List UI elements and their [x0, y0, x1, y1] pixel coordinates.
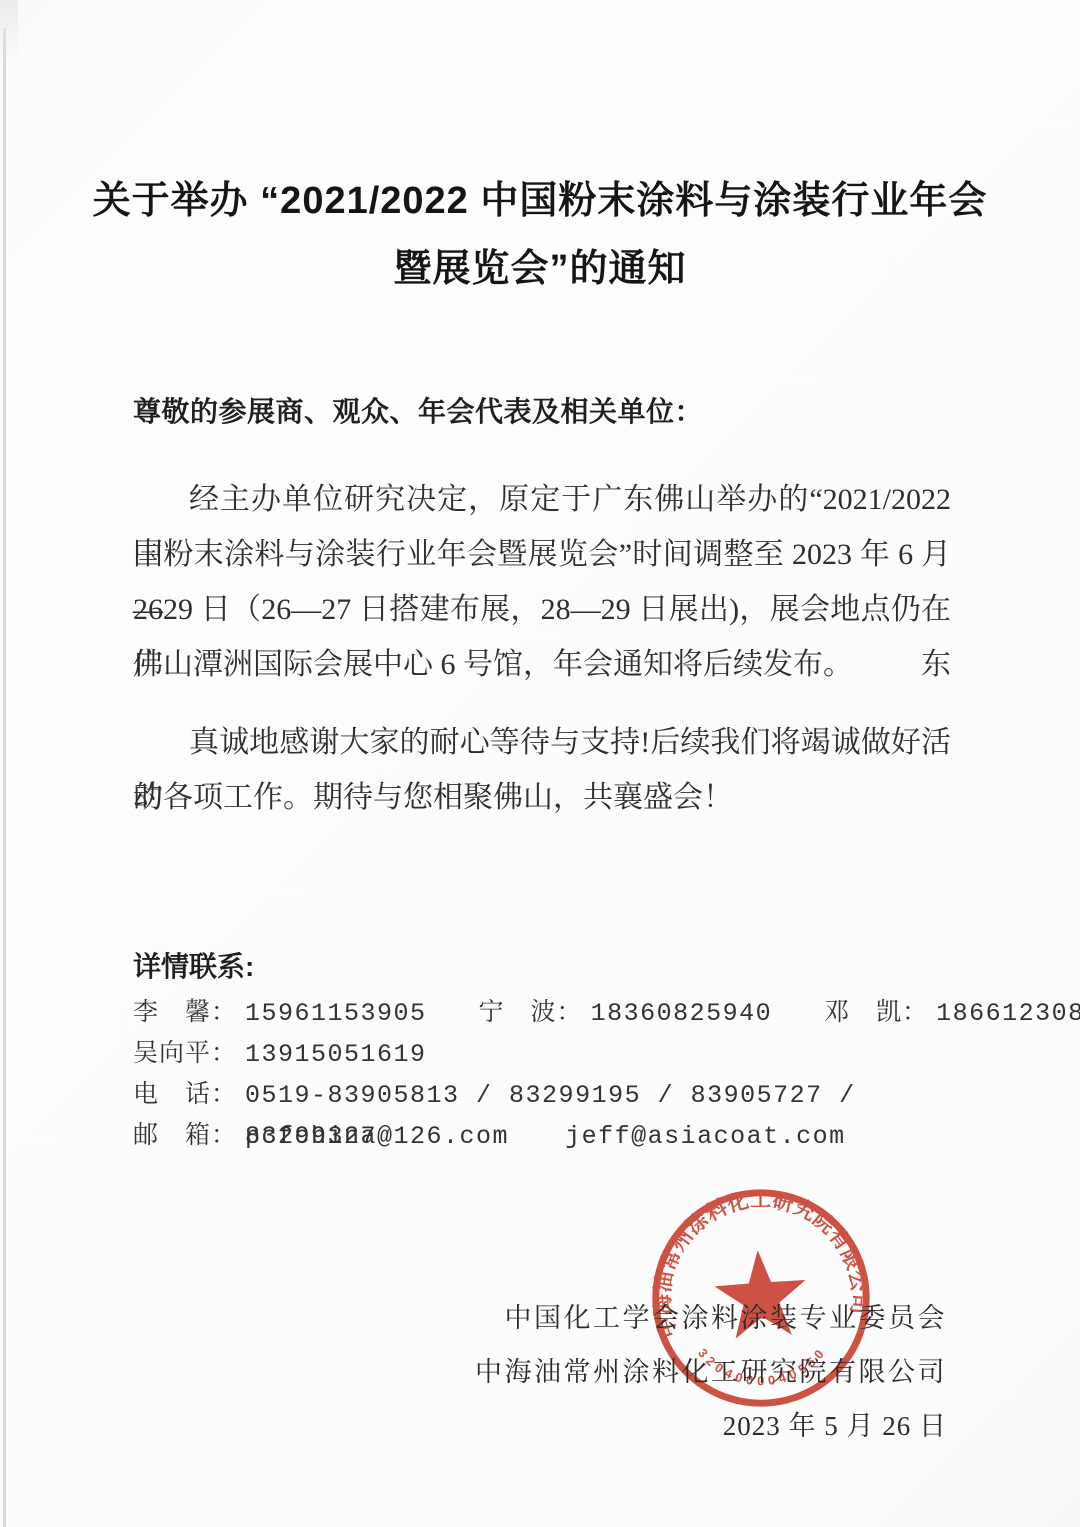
contact-name: 吴向平： [133, 1033, 237, 1074]
salutation: 尊敬的参展商、观众、年会代表及相关单位： [133, 390, 703, 430]
contact-entry: 李 馨： 15961153905 [133, 992, 427, 1034]
paragraph-line: 国粉末涂料与涂装行业年会暨展览会”时间调整至 2023 年 6 月 26 [133, 527, 951, 582]
scan-corner-shade [0, 0, 18, 60]
document-title: 关于举办 “2021/2022 中国粉末涂料与涂装行业年会 暨展览会”的通知 [0, 182, 1080, 288]
contact-row-telephone: 电 话： 0519-83905813 / 83299195 / 83905727… [133, 1074, 963, 1115]
paragraph-schedule-change: 经主办单位研究决定，原定于广东佛山举办的“2021/2022 中 国粉末涂料与涂… [133, 472, 951, 692]
contact-name: 电 话： [133, 1074, 237, 1115]
contact-phone: 13915051619 [245, 1034, 427, 1075]
contact-entry: 吴向平： 13915051619 [133, 1033, 427, 1075]
paragraph-line: —29 日（26—27 日搭建布展，28—29 日展出)，展会地点仍在广东 [133, 582, 951, 637]
contact-email: pcfchina@126.com [245, 1116, 509, 1157]
paragraph-thanks: 真诚地感谢大家的耐心等待与支持!后续我们将竭诚做好活动 的各项工作。期待与您相聚… [133, 715, 951, 825]
contact-name: 宁 波： [479, 992, 583, 1033]
contact-phone: 15961153905 [245, 993, 427, 1034]
paragraph-line: 经主办单位研究决定，原定于广东佛山举办的“2021/2022 中 [133, 472, 951, 527]
signature-block: 中国化工学会涂料涂装专业委员会 中海油常州涂料化工研究院有限公司 2023 年 … [475, 1296, 947, 1443]
contact-entry: 邓 凯： 18661230833 [824, 992, 1080, 1034]
document-title-line2: 暨展览会”的通知 [0, 250, 1080, 288]
contact-row-names: 李 馨： 15961153905 宁 波： 18360825940 邓 凯： 1… [133, 992, 963, 1033]
contact-section-heading: 详情联系: [133, 945, 254, 985]
contact-row-email: 邮 箱： pcfchina@126.com jeff@asiacoat.com [133, 1115, 963, 1156]
contact-phone: 18661230833 [936, 993, 1080, 1034]
contact-entry: 邮 箱： pcfchina@126.com jeff@asiacoat.com [133, 1115, 846, 1157]
paragraph-line: 真诚地感谢大家的耐心等待与支持!后续我们将竭诚做好活动 [133, 715, 951, 770]
contact-phone: 18360825940 [591, 993, 773, 1034]
contact-email: jeff@asiacoat.com [565, 1116, 846, 1157]
document-title-line1: 关于举办 “2021/2022 中国粉末涂料与涂装行业年会 [0, 182, 1080, 220]
contact-row-wuxiangping: 吴向平： 13915051619 [133, 1033, 963, 1074]
signature-organization-1: 中国化工学会涂料涂装专业委员会 [505, 1296, 948, 1335]
contact-list: 李 馨： 15961153905 宁 波： 18360825940 邓 凯： 1… [133, 992, 963, 1156]
signature-organization-2: 中海油常州涂料化工研究院有限公司 [475, 1350, 947, 1389]
signature-date: 2023 年 5 月 26 日 [723, 1404, 947, 1443]
notice-document-page: 关于举办 “2021/2022 中国粉末涂料与涂装行业年会 暨展览会”的通知 尊… [0, 0, 1080, 1527]
contact-name: 李 馨： [133, 992, 237, 1033]
paragraph-line: 的各项工作。期待与您相聚佛山，共襄盛会！ [133, 770, 951, 825]
contact-name: 邮 箱： [133, 1115, 237, 1156]
contact-entry: 宁 波： 18360825940 [479, 992, 773, 1034]
contact-name: 邓 凯： [824, 992, 928, 1033]
paragraph-line: 佛山潭洲国际会展中心 6 号馆，年会通知将后续发布。 [133, 637, 951, 692]
